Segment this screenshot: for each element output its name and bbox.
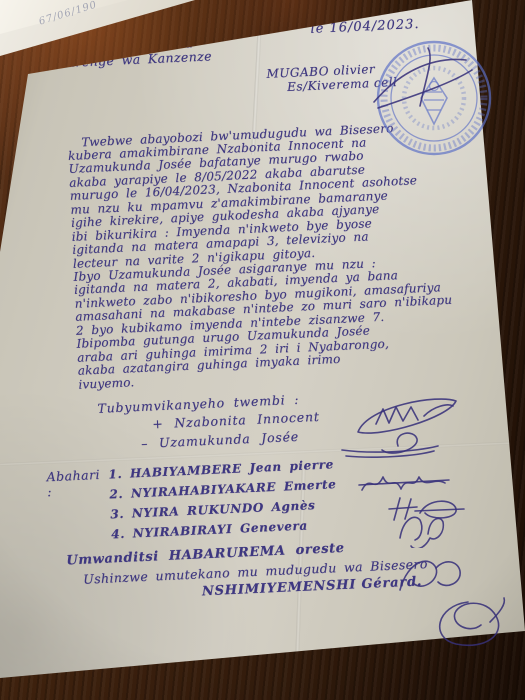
signature-officer: [368, 44, 478, 114]
photo-scene: 67/06/190 Umudugudu wa Bisesero Akagare …: [0, 0, 525, 700]
signature-uzamukunda: [336, 428, 444, 466]
signature-clerk: [390, 552, 468, 596]
signature-witness-3: [392, 508, 450, 548]
witnesses-label: Abahari :: [46, 467, 111, 548]
witnesses-list: 1. HABIYAMBERE Jean pierre 2. NYIRAHABIY…: [108, 454, 339, 544]
signature-gerard: [424, 592, 514, 656]
